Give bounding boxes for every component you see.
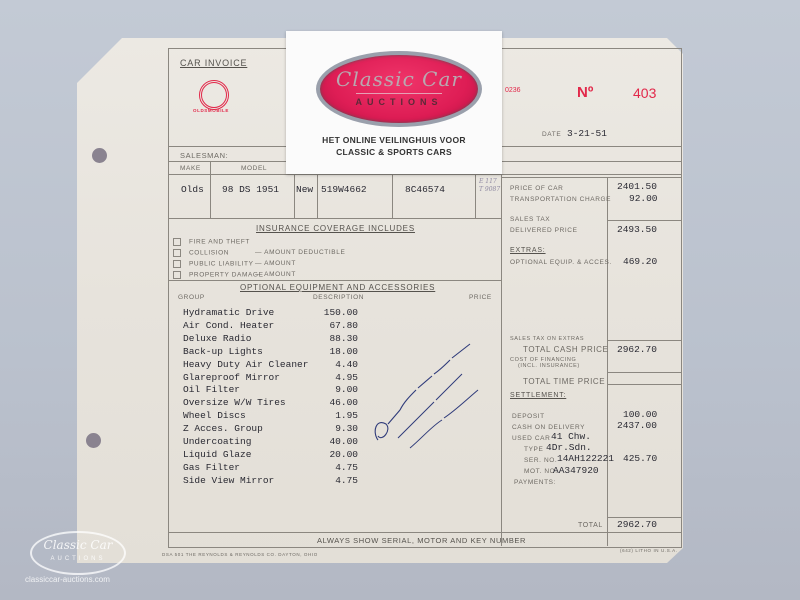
checkbox[interactable] [173,271,181,279]
equipment-item-description: Glareproof Mirror [183,372,280,383]
equipment-item-description: Oil Filter [183,384,240,395]
invoice-number: 403 [633,85,656,101]
grand-total: 2962.70 [617,519,657,530]
financing-sub: (INCL. INSURANCE) [518,363,580,369]
salesman-label: SALESMAN: [180,151,228,160]
checkbox[interactable] [173,249,181,257]
ser-label: SER. NO. [524,457,557,464]
invoice-title: CAR INVOICE [180,58,247,68]
serial-prefix: 0236 [505,87,521,94]
equipment-item-price: 46.00 [329,397,358,408]
extras-label: EXTRAS: [510,247,546,254]
deposit-label: DEPOSIT [512,413,545,420]
pencil-note-1: E 117 [479,178,497,185]
equipment-item-price: 20.00 [329,449,358,460]
total-cash-price: 2962.70 [617,344,657,355]
pencil-note-2: T 9087 [479,186,500,193]
printer-line: DSA 501 THE REYNOLDS & REYNOLDS CO. DAYT… [162,552,318,557]
used-car-motor: AA347920 [553,465,599,476]
litho-line: (642) LITHO IN U.S.A. [620,548,678,553]
used-car-label: USED CAR [512,435,550,442]
trade-value: 425.70 [623,453,657,464]
handwritten-signature [370,340,490,450]
insurance-heading: INSURANCE COVERAGE INCLUDES [256,224,415,233]
cod-label: CASH ON DELIVERY [512,424,585,431]
punch-hole-top [92,148,107,163]
brand-badge: OLDSMOBILE [193,108,229,113]
watermark-logo: Classic Car AUCTIONS [30,531,126,575]
equipment-item-price: 67.80 [329,320,358,331]
equipment-item-description: Deluxe Radio [183,333,251,344]
settlement-heading: SETTLEMENT: [510,392,566,399]
watermark-url[interactable]: classiccar-auctions.com [25,575,110,584]
card-tagline-2: CLASSIC & SPORTS CARS [286,147,502,157]
vehicle-condition: New [296,184,313,195]
equipment-item-description: Back-up Lights [183,346,263,357]
equipment-item-price: 4.40 [335,359,358,370]
col-price: PRICE [469,294,492,301]
cod: 2437.00 [617,420,657,431]
punch-hole-bottom [86,433,101,448]
equipment-item-price: 9.00 [335,384,358,395]
type-label: TYPE [524,446,543,453]
price-of-car: 2401.50 [617,181,657,192]
transport-label: TRANSPORTATION CHARGE [510,196,611,203]
checkbox[interactable] [173,238,181,246]
classic-car-auctions-logo: Classic Car AUCTIONS [316,51,482,127]
equipment-item-description: Undercoating [183,436,251,447]
equipment-item-description: Air Cond. Heater [183,320,274,331]
equipment-item-description: Liquid Glaze [183,449,251,460]
auction-card: Classic Car AUCTIONS HET ONLINE VEILINGH… [286,31,502,174]
payments-label: PAYMENTS: [514,479,556,486]
col-group: GROUP [178,294,205,301]
transport-charge: 92.00 [629,193,658,204]
used-car-serial: 14AH122221 [557,453,614,464]
equipment-item-price: 150.00 [324,307,358,318]
equipment-item-price: 1.95 [335,410,358,421]
oldsmobile-logo-icon [199,80,229,110]
used-car: 41 Chw. [551,431,591,442]
equipment-item-price: 4.95 [335,372,358,383]
insurance-property[interactable]: PROPERTY DAMAGE— AMOUNT [173,271,264,279]
equipment-item-description: Z Acces. Group [183,423,263,434]
tax-extras-label: SALES TAX ON EXTRAS [510,336,584,342]
insurance-collision[interactable]: COLLISION— AMOUNT DEDUCTIBLE [173,249,229,257]
insurance-fire[interactable]: FIRE AND THEFT [173,238,250,246]
total-cash-label: TOTAL CASH PRICE [523,345,608,354]
vehicle-model: 98 DS 1951 [222,184,279,195]
delivered-label: DELIVERED PRICE [510,227,578,234]
equipment-item-price: 4.75 [335,475,358,486]
equipment-item-price: 4.75 [335,462,358,473]
equipment-item-description: Gas Filter [183,462,240,473]
equipment-item-description: Wheel Discs [183,410,246,421]
optional-label: OPTIONAL EQUIP. & ACCES. [510,259,612,266]
col-make: MAKE [180,165,201,172]
equipment-item-description: Side View Mirror [183,475,274,486]
used-car-type: 4Dr.Sdn. [546,442,592,453]
vehicle-motor: 8C46574 [405,184,445,195]
equipment-item-description: Oversize W/W Tires [183,397,286,408]
number-symbol: Nº [577,84,593,101]
equipment-item-price: 18.00 [329,346,358,357]
invoice-date: 3-21-51 [567,128,607,139]
price-of-car-label: PRICE OF CAR [510,185,563,192]
footer-notice: ALWAYS SHOW SERIAL, MOTOR AND KEY NUMBER [317,536,526,545]
equipment-item-price: 9.30 [335,423,358,434]
col-model: MODEL [241,165,267,172]
delivered-price: 2493.50 [617,224,657,235]
vehicle-make: Olds [181,184,204,195]
equipment-heading: OPTIONAL EQUIPMENT AND ACCESSORIES [240,283,435,292]
vehicle-serial: 519W4662 [321,184,367,195]
total-time-label: TOTAL TIME PRICE [523,377,605,386]
total-label: TOTAL [578,522,603,529]
checkbox[interactable] [173,260,181,268]
equipment-item-price: 40.00 [329,436,358,447]
insurance-liability[interactable]: PUBLIC LIABILITY— AMOUNT [173,260,254,268]
equipment-item-description: Heavy Duty Air Cleaner [183,359,308,370]
deposit: 100.00 [623,409,657,420]
optional-total: 469.20 [623,256,657,267]
equipment-item-description: Hydramatic Drive [183,307,274,318]
sales-tax-label: SALES TAX [510,216,550,223]
col-description: DESCRIPTION [313,294,364,301]
date-label: DATE [542,131,561,138]
equipment-item-price: 88.30 [329,333,358,344]
card-tagline-1: HET ONLINE VEILINGHUIS VOOR [286,135,502,145]
